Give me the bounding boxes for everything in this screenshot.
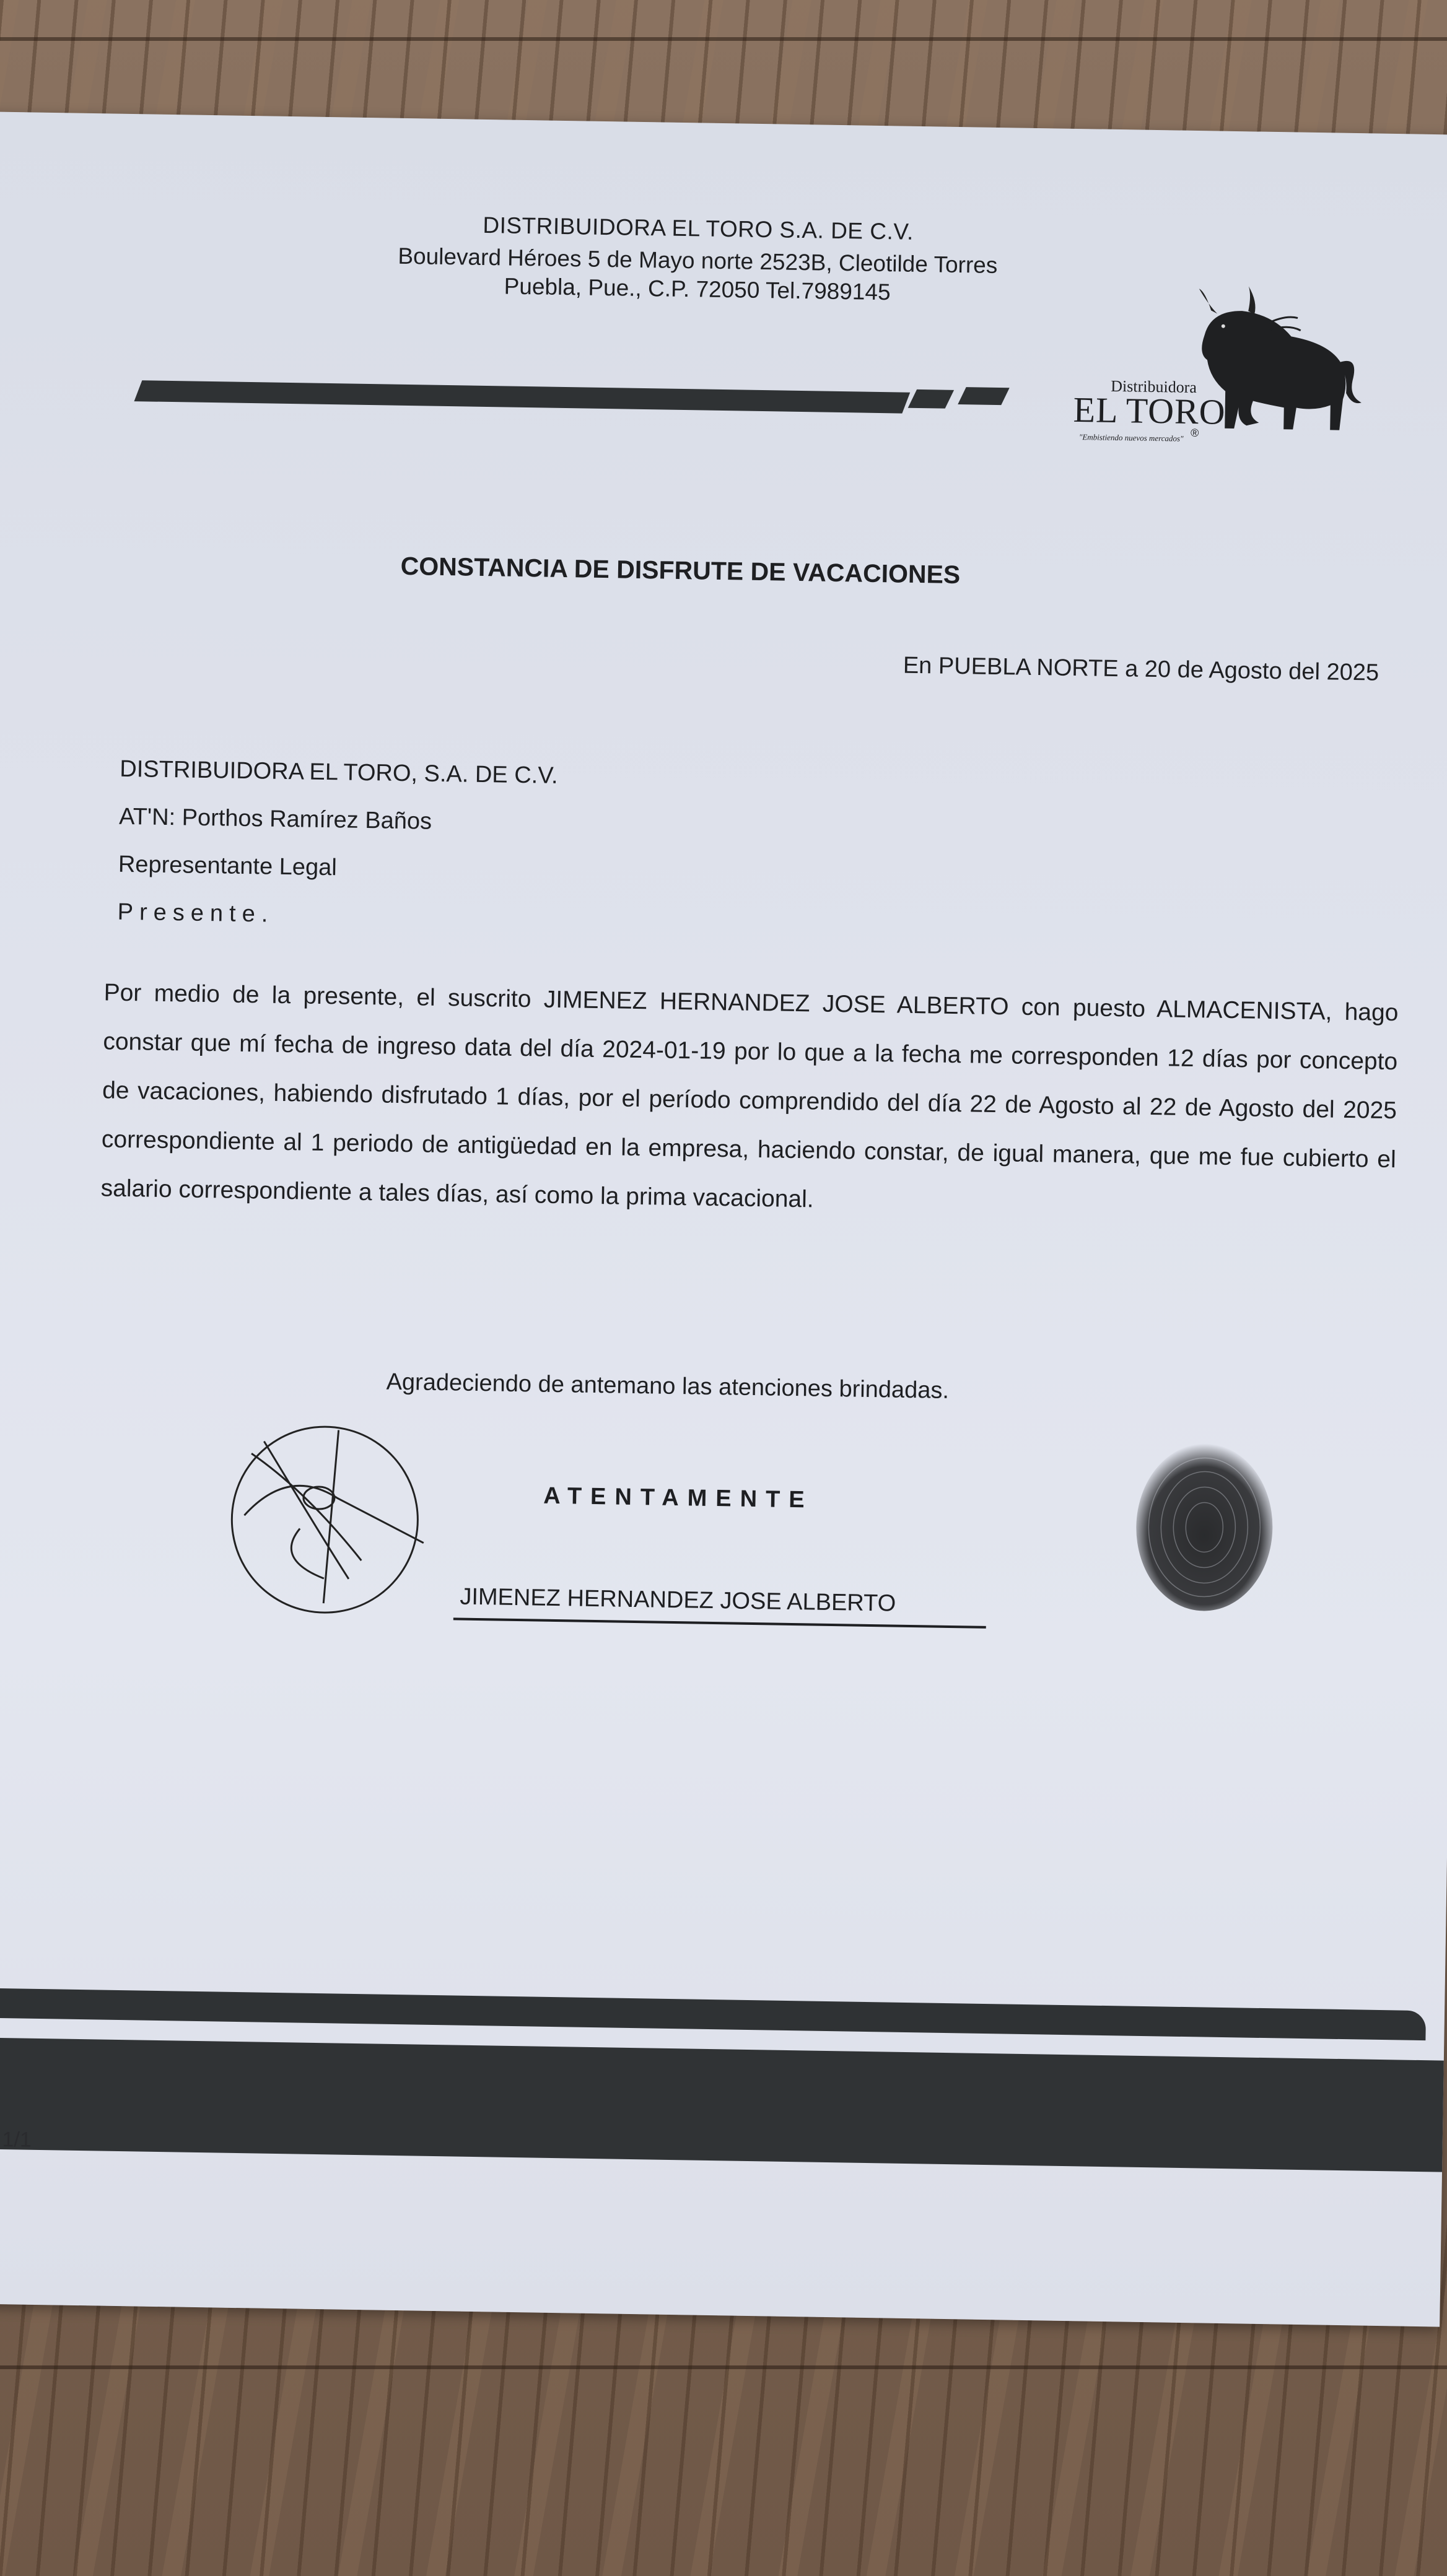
addressee-attention: AT'N: Porthos Ramírez Baños	[119, 793, 558, 848]
footer-decorative-band	[0, 2037, 1444, 2172]
registered-mark-icon: ®	[1191, 427, 1199, 440]
logo-tagline: "Embistiendo nuevos mercados"	[1079, 432, 1184, 444]
addressee-company: DISTRIBUIDORA EL TORO, S.A. DE C.V.	[120, 746, 559, 800]
handwritten-signature-icon	[212, 1416, 438, 1617]
signer-name: JIMENEZ HERNANDEZ JOSE ALBERTO	[460, 1584, 896, 1617]
document-title: CONSTANCIA DE DISFRUTE DE VACACIONES	[0, 544, 1430, 597]
footer-decorative-bar	[0, 1988, 1426, 2041]
header-decorative-dash	[958, 387, 1009, 405]
closing-line: Agradeciendo de antemano las atenciones …	[0, 1362, 1417, 1412]
logo-big-text: EL TORO	[1073, 389, 1226, 433]
wood-grain-line	[0, 37, 1447, 41]
header-decorative-dash	[908, 389, 954, 409]
page-number: 1/1	[2, 2128, 32, 2152]
wood-grain-line	[0, 2365, 1447, 2369]
header-decorative-bar	[134, 380, 910, 413]
fingerprint-icon	[1122, 1427, 1287, 1615]
addressee-block: DISTRIBUIDORA EL TORO, S.A. DE C.V. AT'N…	[117, 746, 558, 943]
document-page: DISTRIBUIDORA EL TORO S.A. DE C.V. Boule…	[0, 111, 1447, 2327]
body-paragraph: Por medio de la presente, el suscrito JI…	[100, 968, 1399, 1233]
addressee-greeting: Presente.	[117, 889, 556, 943]
signature-line	[453, 1617, 986, 1629]
place-and-date: En PUEBLA NORTE a 20 de Agosto del 2025	[903, 653, 1379, 687]
addressee-role: Representante Legal	[118, 841, 557, 895]
company-logo: Distribuidora EL TORO "Embistiendo nuevo…	[1048, 283, 1373, 449]
